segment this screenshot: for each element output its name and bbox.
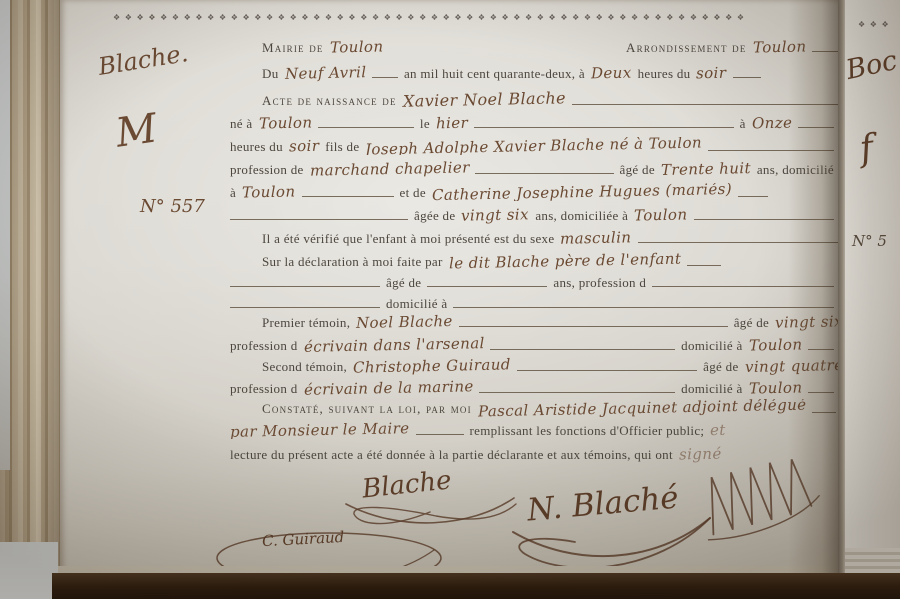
signature-flourish-icon: [505, 508, 720, 575]
blank-rule: [416, 434, 464, 435]
mairie-value: Toulon: [329, 38, 383, 56]
profession-de-label: profession de: [230, 162, 304, 178]
blank-rule: [738, 196, 768, 197]
remplissant-text: remplissant les fonctions d'Officier pub…: [470, 423, 705, 439]
margin-initial: M: [113, 105, 160, 156]
register-photo: ❖❖❖❖❖❖❖❖❖❖❖❖❖❖❖❖❖❖❖❖❖❖❖❖❖❖❖❖❖❖❖❖❖❖❖❖❖❖❖❖…: [0, 0, 900, 599]
right-page-edges: [840, 548, 900, 574]
blank-rule: [459, 326, 728, 327]
father-town: Toulon: [242, 183, 296, 201]
age-de-label: âgé de: [703, 359, 738, 375]
witness1-profession: écrivain dans l'arsenal: [303, 336, 484, 354]
mother-name: Catherine Josephine Hugues (mariés): [432, 183, 732, 201]
ne-a-label: né à: [230, 116, 253, 132]
et-de-label: et de: [400, 185, 426, 201]
blank-rule: [687, 265, 721, 266]
line-witness2: Second témoin, Christophe Guiraud âgé de…: [230, 357, 866, 375]
declarant-value: le dit Blache père de l'enfant: [448, 252, 681, 270]
profession-d-label: profession d: [230, 381, 298, 397]
blank-rule: [475, 173, 613, 174]
domicilie-a-label: domicilié à: [681, 338, 742, 354]
blank-rule: [733, 77, 761, 78]
book-cover-band: [52, 573, 900, 599]
acte-naissance-label: Acte de naissance de: [262, 93, 397, 109]
fils-de-label: fils de: [325, 139, 359, 155]
date-value: Neuf Avril: [284, 64, 366, 82]
line-father-profession: profession de marchand chapelier âgé de …: [230, 160, 834, 178]
heures-du-label: heures du: [230, 139, 283, 155]
blank-rule: [427, 286, 547, 287]
ornament-border-icon: ❖❖❖: [858, 20, 893, 29]
line-witness1-profession: profession d écrivain dans l'arsenal dom…: [230, 336, 834, 354]
et-value: et: [710, 421, 726, 439]
ornament-border-icon: ❖❖❖❖❖❖❖❖❖❖❖❖❖❖❖❖❖❖❖❖❖❖❖❖❖❖❖❖❖❖❖❖❖❖❖❖❖❖❖❖…: [113, 13, 819, 22]
table-corner: [0, 542, 58, 599]
line-acte-naissance: Acte de naissance de Xavier Noel Blache: [230, 90, 866, 109]
ans-profession-label: ans, profession d: [553, 275, 646, 291]
child-name: Xavier Noel Blache: [402, 90, 565, 109]
lecture-text: lecture du présent acte a été donnée à l…: [230, 447, 673, 463]
blank-rule: [517, 370, 697, 371]
soir-value: soir: [289, 137, 320, 155]
blank-rule: [490, 349, 675, 350]
blank-rule: [372, 77, 398, 78]
blank-rule: [474, 127, 734, 128]
mother-age: vingt six: [461, 206, 529, 224]
du-label: Du: [262, 66, 279, 82]
officer-name: Pascal Aristide Jacquinet adjoint délégu…: [478, 399, 807, 417]
domicilie-a-label: domicilié à: [386, 296, 447, 312]
blank-rule: [453, 307, 834, 308]
age-de-label: âgé de: [620, 162, 655, 178]
agee-de-label: âgée de: [414, 208, 455, 224]
signe-value: signé: [679, 445, 722, 463]
witness1-name: Noel Blache: [356, 313, 453, 331]
mairie-label: Mairie de: [262, 40, 324, 56]
father-profession: marchand chapelier: [309, 160, 469, 178]
blank-rule: [318, 127, 414, 128]
blank-rule: [302, 196, 394, 197]
line-birthplace: né à Toulon le hier à Onze: [230, 114, 834, 132]
witness2-name: Christophe Guiraud: [353, 357, 511, 375]
arrondissement-label: Arrondissement de: [626, 40, 747, 56]
constate-label: Constaté, suivant la loi, par moi: [262, 401, 472, 417]
line-constate: Constaté, suivant la loi, par moi Pascal…: [230, 399, 866, 417]
soir-value: soir: [696, 64, 727, 82]
second-temoin-label: Second témoin,: [262, 359, 347, 375]
verifie-text: Il a été vérifié que l'enfant à moi prés…: [262, 231, 554, 247]
binding-fold: [838, 0, 845, 574]
birth-hour: Onze: [751, 114, 792, 132]
gutter-shadow: [788, 0, 840, 574]
margin-act-number: N° 557: [140, 196, 205, 217]
par-maire-value: par Monsieur le Maire: [230, 421, 410, 439]
line-mother-age: âgée de vingt six ans, domiciliée à Toul…: [230, 206, 834, 224]
line-witness1: Premier témoin, Noel Blache âgé de vingt…: [230, 313, 866, 331]
line-declarant-age: âgé de ans, profession d: [230, 275, 834, 291]
blank-rule: [230, 219, 408, 220]
mother-town: Toulon: [634, 206, 688, 224]
age-de-label: âgé de: [734, 315, 769, 331]
blank-rule: [230, 286, 380, 287]
line-date: Du Neuf Avril an mil huit cent quarante-…: [230, 64, 866, 82]
birth-day: hier: [436, 114, 468, 132]
line-header: Mairie de Toulon Arrondissement de Toulo…: [230, 38, 866, 56]
line-witness2-profession: profession d écrivain de la marine domic…: [230, 379, 834, 397]
background-sliver: [0, 0, 10, 470]
witness2-profession: écrivain de la marine: [303, 379, 473, 397]
heures-du-label: heures du: [638, 66, 691, 82]
line-declaration: Sur la déclaration à moi faite par le di…: [230, 252, 866, 270]
age-de-label: âgé de: [386, 275, 421, 291]
an-text: an mil huit cent quarante-deux, à: [404, 66, 585, 82]
domicilie-a-label: domicilié à: [681, 381, 742, 397]
hour-value: Deux: [591, 64, 632, 82]
father-name: Joseph Adolphe Xavier Blache né à Toulon: [365, 137, 702, 155]
a-label: à: [230, 185, 236, 201]
sexe-value: masculin: [560, 229, 632, 247]
declaration-text: Sur la déclaration à moi faite par: [262, 254, 443, 270]
premier-temoin-label: Premier témoin,: [262, 315, 350, 331]
next-page-number: N° 5: [852, 232, 887, 250]
line-declarant-domicile: domicilié à: [230, 296, 834, 312]
line-par-maire: par Monsieur le Maire remplissant les fo…: [230, 421, 834, 439]
le-label: le: [420, 116, 430, 132]
line-mother: à Toulon et de Catherine Josephine Hugue…: [230, 183, 834, 201]
a-label: à: [740, 116, 746, 132]
blank-rule: [230, 307, 380, 308]
profession-d-label: profession d: [230, 338, 298, 354]
line-father: heures du soir fils de Joseph Adolphe Xa…: [230, 137, 834, 155]
father-age: Trente huit: [661, 160, 751, 178]
ans-domiciliee-label: ans, domiciliée à: [535, 208, 628, 224]
line-sexe: Il a été vérifié que l'enfant à moi prés…: [230, 229, 866, 247]
birth-town: Toulon: [258, 114, 312, 132]
blank-rule: [479, 392, 675, 393]
